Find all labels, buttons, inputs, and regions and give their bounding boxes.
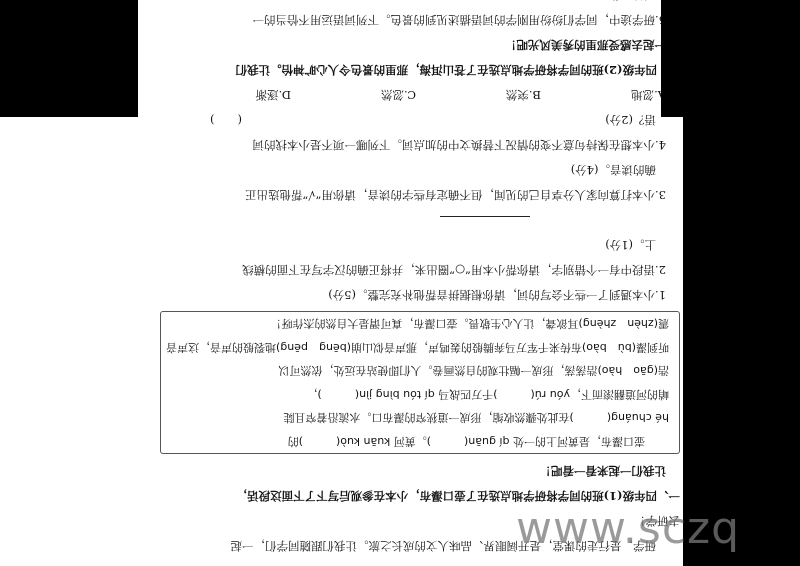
passage-box: 壶口瀑布，是黄河上的一处 qí guān( )。黄河 kuān kuò( )的 … xyxy=(160,311,680,454)
section2-heading: 二、四年级(2)班的同学将研学地点选在了苍山洱海，那里的景色令人心旷神怡。让我们 xyxy=(160,57,680,82)
watermark: www.sczq xyxy=(516,505,740,553)
question-3: 3.小本打算向家人分享自己的见闻，但不确定有些字的读音，请你用“√”帮他选出正 xyxy=(160,182,680,207)
question-4: 4.小本想在保持句意不变的情况下替换文中的加点词。下列哪一项不是小本找的词 xyxy=(160,132,680,157)
passage-line: 峭的河道翻滚而下，yóu rú( )千万匹战马 qí tóu bìng jìn(… xyxy=(171,383,669,407)
question-2: 2.语段中有一个错别字，请你帮小本用“○”圈出来，并将正确的汉字写在下面的横线 xyxy=(160,257,680,282)
passage-line: hé chuáng( )在此处骤然收缩，形成一道狭窄的瀑布口。水流沿着窄且陡 xyxy=(171,406,669,430)
answer-paren[interactable]: ( ) xyxy=(210,107,242,132)
passage-line: 听到瀑(bù bào)布传来千军万马奔腾般的轰鸣声，那声音似山崩(bēng pē… xyxy=(171,336,669,360)
answer-paren[interactable]: ( ) xyxy=(210,0,242,7)
section1-heading-cont: 让我们一起来看一看吧！ xyxy=(160,458,680,483)
question-4-cont: 语？(2分) ( ) xyxy=(160,107,680,132)
option-a[interactable]: A.忽地 xyxy=(541,82,666,107)
section2-heading-cont: 一起去感受那里的秀美风光吧！ xyxy=(160,32,680,57)
option-b[interactable]: B.突然 xyxy=(416,82,541,107)
black-mask-right xyxy=(683,117,800,566)
question-1: 1.小本遇到了一些不会写的词，请你根据拼音帮他补充完整。(5分) xyxy=(160,282,680,307)
document-content: 研学，是行走的课堂，是开阔眼界、品味人文的成长之旅。让我们跟随同学们，一起 去研… xyxy=(160,0,680,566)
passage-line: 壶口瀑布，是黄河上的一处 qí guān( )。黄河 kuān kuò( )的 xyxy=(171,430,669,454)
question-5-cont: 项是(2分) ( ) xyxy=(160,0,680,7)
option-d[interactable]: D.逐渐 xyxy=(166,82,291,107)
question-2-cont: 上。(1分) xyxy=(160,232,680,257)
question-4-options: A.忽地 B.突然 C.忽然 D.逐渐 xyxy=(160,82,680,107)
passage-line: 震(zhèn zhèng)耳欲聋，让人心生敬畏。壶口瀑布，真可谓是大自然的杰作呀… xyxy=(171,312,669,336)
question-5: 5.研学途中，同学们纷纷用刚学的词语描述见到的景色。下列词语运用不恰当的一 xyxy=(160,7,680,32)
option-c[interactable]: C.忽然 xyxy=(291,82,416,107)
answer-blank[interactable] xyxy=(440,216,530,231)
question-4-cont-text: 语？(2分) xyxy=(605,113,656,127)
question-3-cont: 确的读音。(4分) xyxy=(160,157,680,182)
passage-line: 浩(gāo hào)浩荡荡，形成一幅壮观的自然画卷。人们即使站在远处，依然可以 xyxy=(171,359,669,383)
question-5-cont-text: 项是(2分) xyxy=(605,0,656,2)
black-mask-top-left xyxy=(0,0,138,117)
answer-blank-row xyxy=(160,207,680,232)
black-mask-top-right xyxy=(661,0,800,117)
